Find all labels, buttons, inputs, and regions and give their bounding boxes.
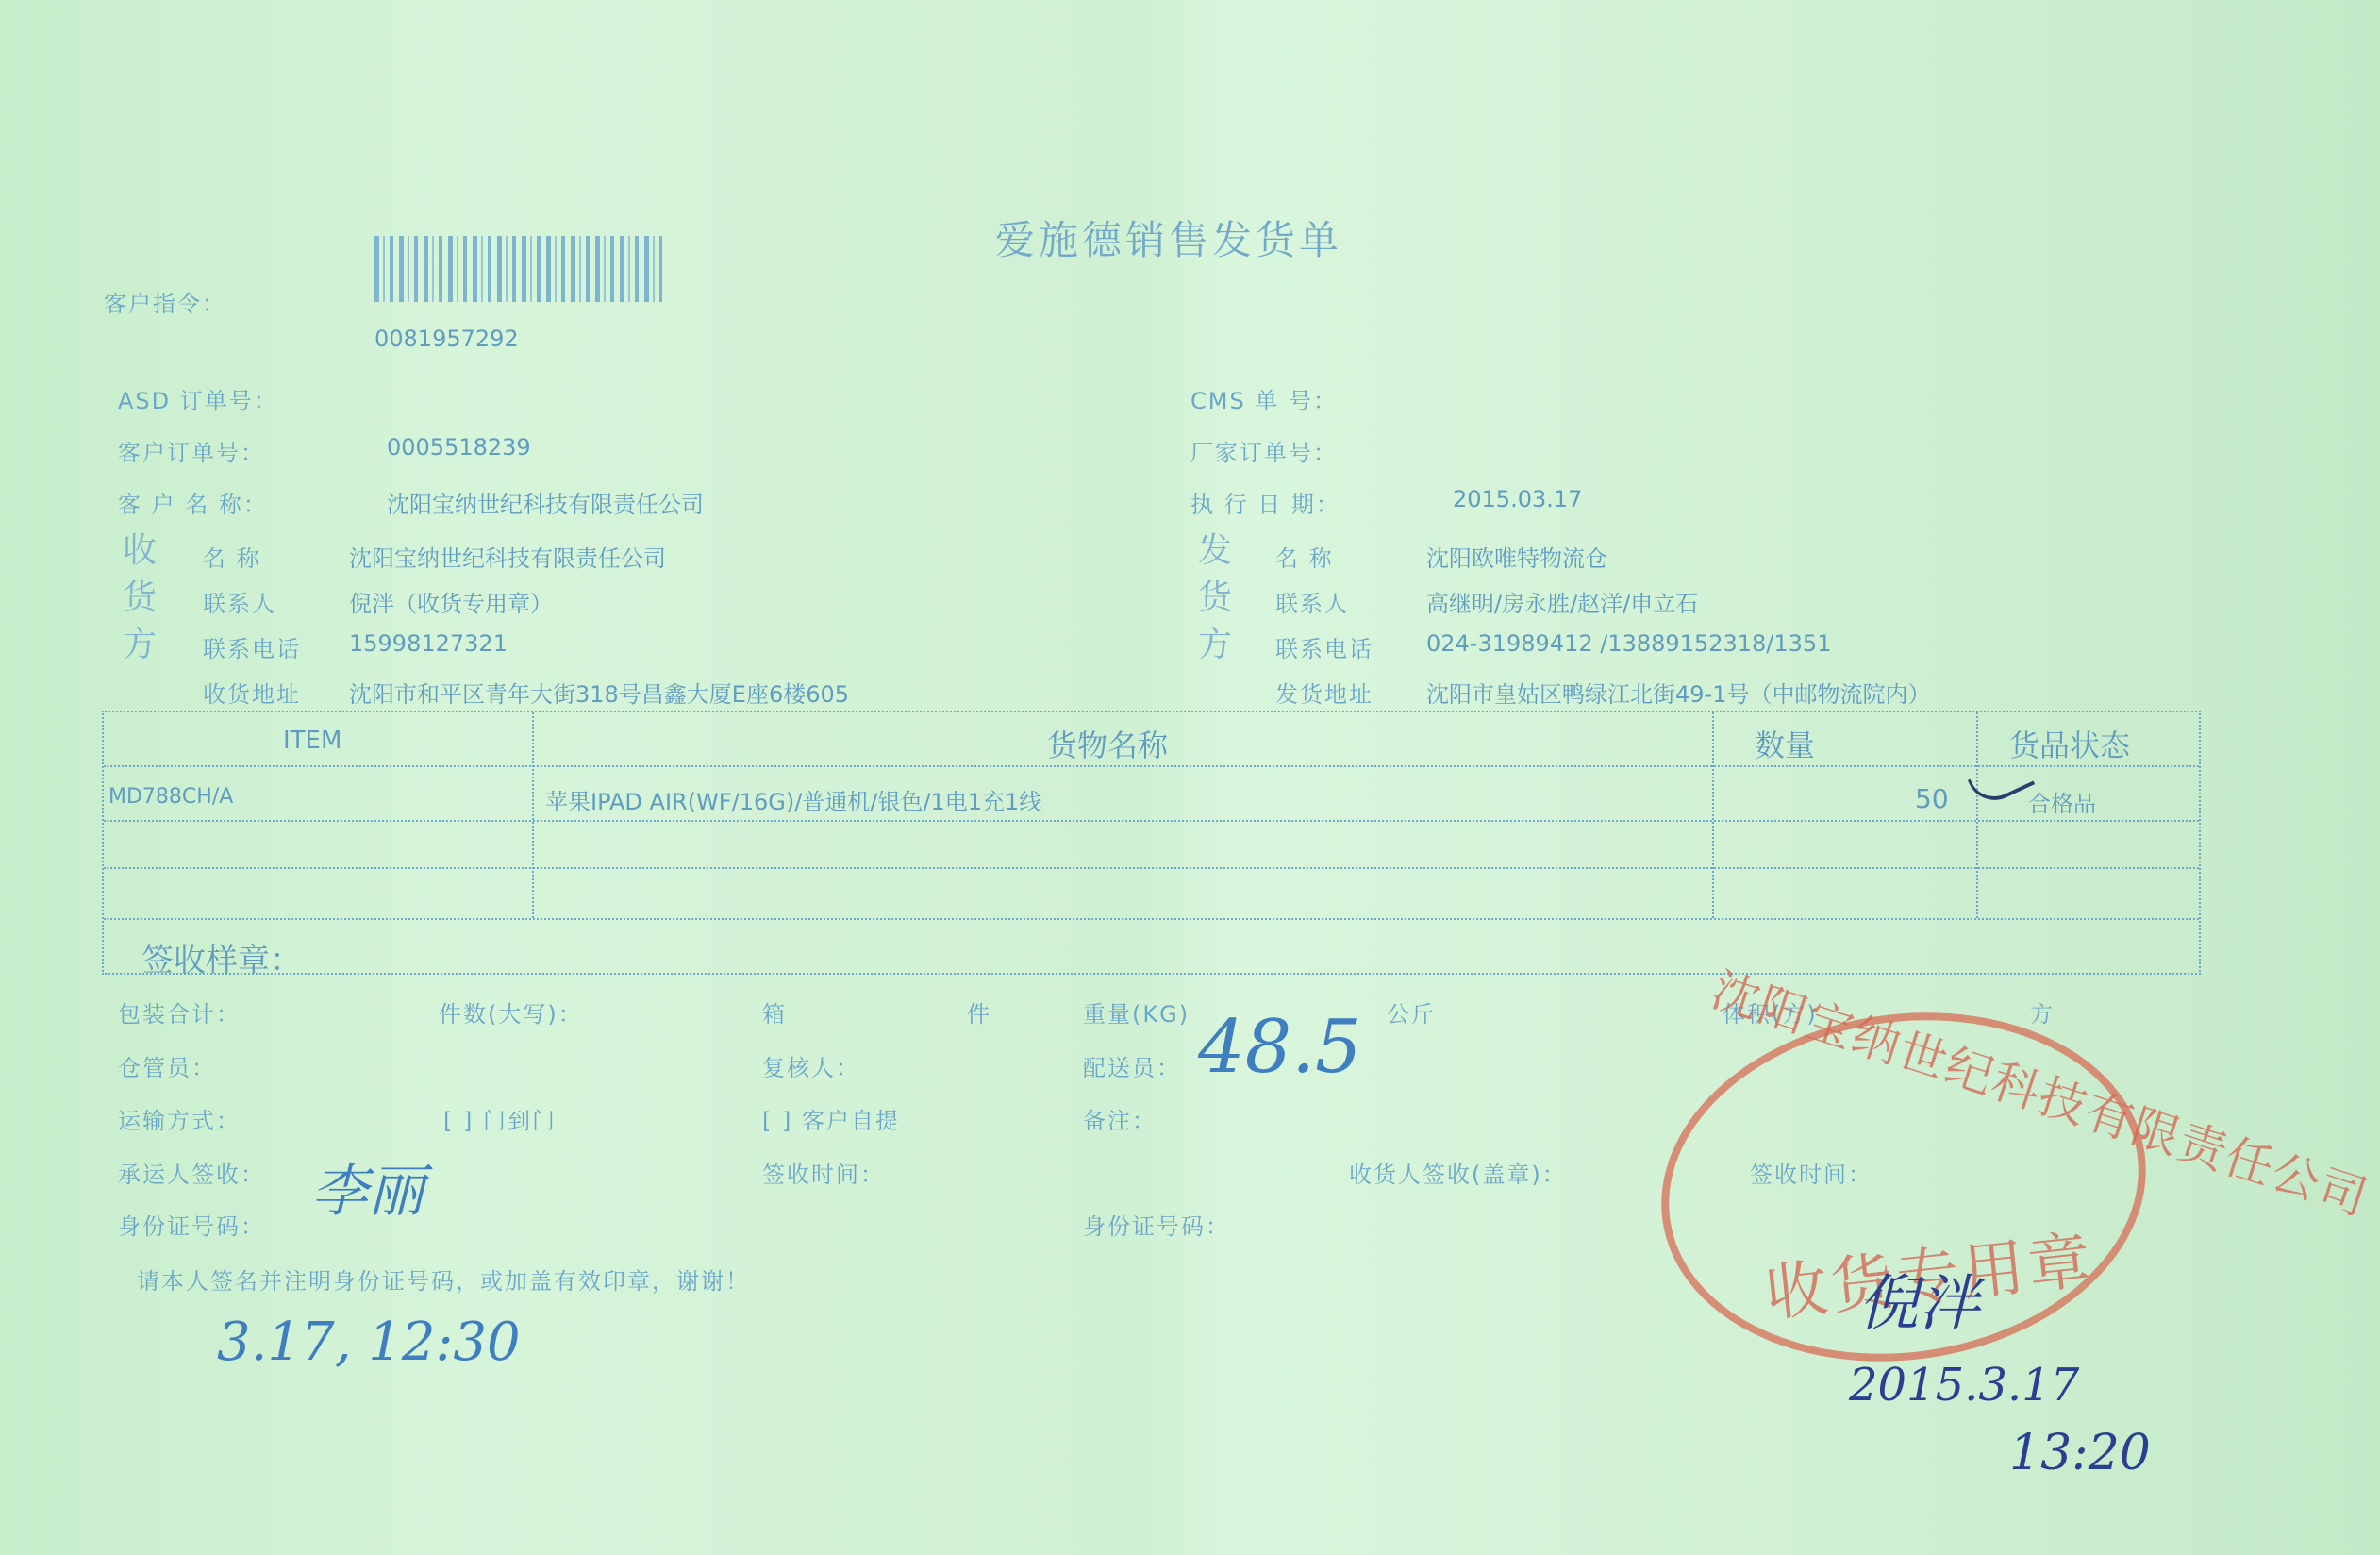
self-pickup-checkbox[interactable]: [ ] 客户自提: [762, 1102, 900, 1135]
factory-order-label: 厂家订单号：: [1190, 434, 1338, 467]
delivery-staff-label: 配送员：: [1083, 1049, 1181, 1082]
execution-date-value: 2015.03.17: [1453, 486, 1582, 512]
receiver-contact-label: 联系人: [203, 585, 276, 618]
reviewer-label: 复核人：: [762, 1049, 860, 1082]
customer-name-label: 客 户 名 称：: [118, 486, 268, 519]
shipper-phone: 024-31989412 /13889152318/1351: [1426, 630, 1831, 657]
customer-name-value: 沈阳宝纳世纪科技有限责任公司: [387, 486, 704, 519]
receiver-sign-label: 收货人签收(盖章)：: [1349, 1156, 1567, 1189]
document-title: 爱施德销售发货单: [995, 209, 1342, 266]
shipper-side-char-2: 货: [1198, 571, 1232, 619]
receiver-address-label: 收货地址: [203, 676, 301, 709]
box-unit: 箱: [762, 995, 787, 1028]
receiver-name: 沈阳宝纳世纪科技有限责任公司: [349, 540, 666, 573]
receiver-side-char-2: 货: [123, 571, 157, 619]
piece-count-label: 件数(大写)：: [439, 995, 583, 1028]
handwritten-weight: 48.5: [1198, 1005, 1362, 1090]
carrier-sign-label: 承运人签收：: [118, 1156, 265, 1189]
handwritten-time-right: 13:20: [2009, 1425, 2151, 1481]
weight-label: 重量(KG): [1083, 995, 1190, 1028]
asd-order-label: ASD 订单号：: [118, 382, 278, 415]
signature-notice: 请本人签名并注明身份证号码，或加盖有效印章，谢谢！: [137, 1262, 750, 1296]
receiver-phone: 15998127321: [349, 630, 508, 657]
receiver-side-char-3: 方: [123, 618, 157, 666]
barcode-icon: [374, 236, 662, 302]
receiver-signature: 倪泮: [1858, 1255, 1979, 1342]
handwritten-time-left: 3.17, 12:30: [217, 1312, 521, 1373]
shipper-contact: 高继明/房永胜/赵洋/申立石: [1426, 585, 1698, 618]
receiver-phone-label: 联系电话: [203, 630, 301, 663]
shipper-name-label: 名 称: [1275, 540, 1334, 573]
receiver-side-char-1: 收: [123, 524, 157, 572]
remarks-label: 备注：: [1083, 1102, 1157, 1135]
piece-unit: 件: [967, 995, 991, 1028]
shipper-address: 沈阳市皇姑区鸭绿江北街49-1号（中邮物流院内）: [1426, 676, 1930, 709]
cms-no-label: CMS 单 号：: [1190, 382, 1338, 415]
table-header-quantity: 数量: [1755, 722, 1815, 765]
shipper-side-char-3: 方: [1198, 618, 1232, 666]
package-total-label: 包装合计：: [118, 995, 241, 1028]
customer-instruction-label: 客户指令：: [104, 285, 226, 318]
volume-unit: 方: [2030, 995, 2055, 1028]
row-item-code: MD788CH/A: [108, 785, 233, 809]
id-number-label: 身份证号码：: [118, 1208, 265, 1241]
customer-order-label: 客户订单号：: [118, 434, 265, 467]
table-header-goods-name: 货物名称: [1047, 722, 1168, 765]
row-status: 合格品: [2028, 785, 2096, 818]
shipper-contact-label: 联系人: [1275, 585, 1349, 618]
table-header-status: 货品状态: [2009, 722, 2130, 765]
table-header-item: ITEM: [283, 727, 341, 755]
sign-sample-label: 签收样章：: [141, 934, 302, 980]
handwritten-date-right: 2015.3.17: [1849, 1359, 2079, 1412]
receiver-contact: 倪泮（收货专用章）: [349, 585, 553, 618]
row-quantity: 50: [1915, 783, 1949, 814]
shipper-address-label: 发货地址: [1275, 676, 1373, 709]
barcode-number: 0081957292: [374, 326, 519, 352]
row-goods-name: 苹果IPAD AIR(WF/16G)/普通机/银色/1电1充1线: [545, 783, 1041, 816]
shipper-name: 沈阳欧唯特物流仓: [1426, 540, 1607, 573]
shipper-side-char-1: 发: [1198, 524, 1232, 572]
receiver-name-label: 名 称: [203, 540, 261, 573]
sign-time-label: 签收时间：: [762, 1156, 885, 1189]
receiver-address: 沈阳市和平区青年大街318号昌鑫大厦E座6楼605: [349, 676, 849, 709]
execution-date-label: 执 行 日 期：: [1190, 486, 1340, 519]
shipper-phone-label: 联系电话: [1275, 630, 1373, 663]
customer-order-value: 0005518239: [387, 434, 531, 460]
warehouse-keeper-label: 仓管员：: [118, 1049, 216, 1082]
transport-method-label: 运输方式：: [118, 1102, 241, 1135]
weight-unit: 公斤: [1387, 995, 1436, 1028]
carrier-signature: 李丽: [311, 1146, 424, 1228]
id-number-label-right: 身份证号码：: [1083, 1208, 1230, 1241]
door-to-door-checkbox[interactable]: [ ] 门到门: [443, 1102, 557, 1135]
